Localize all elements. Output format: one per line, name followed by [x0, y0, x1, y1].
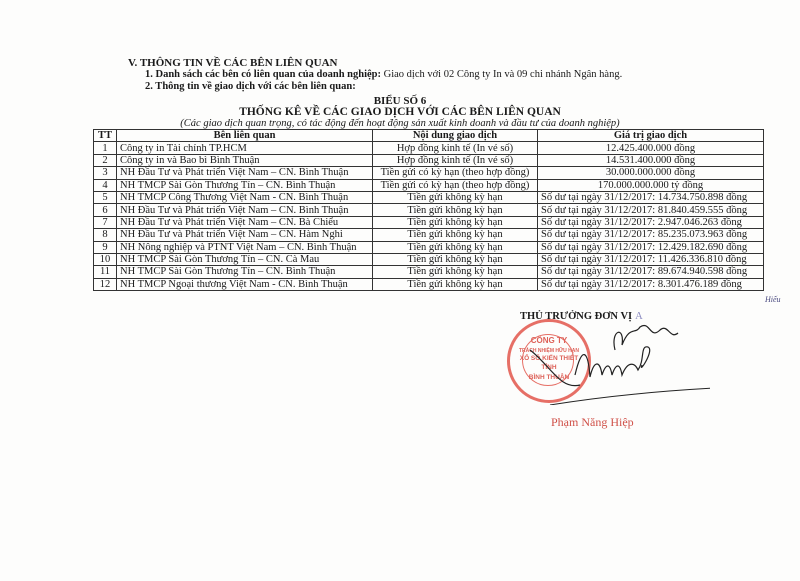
report-subtitle: (Các giao dịch quan trọng, có tác động đ… [0, 118, 800, 129]
related-party-transactions-table: TT Bên liên quan Nội dung giao dịch Giá … [93, 129, 764, 291]
table-header-row: TT Bên liên quan Nội dung giao dịch Giá … [94, 130, 764, 142]
table-row: 2Công ty in và Bao bì Bình ThuậnHợp đồng… [94, 154, 764, 166]
table-row: 8NH Đầu Tư và Phát triển Việt Nam – CN. … [94, 229, 764, 241]
related-party: NH TMCP Ngoại thương Việt Nam - CN. Bình… [117, 278, 373, 290]
row-number: 2 [94, 154, 117, 166]
related-party: NH Nông nghiệp và PTNT Việt Nam – CN. Bì… [117, 241, 373, 253]
transaction-content: Tiền gửi không kỳ hạn [373, 253, 538, 265]
transaction-content: Tiền gửi không kỳ hạn [373, 266, 538, 278]
transaction-value: 170.000.000.000 tỷ đồng [538, 179, 764, 191]
transaction-content: Tiền gửi không kỳ hạn [373, 229, 538, 241]
row-number: 10 [94, 253, 117, 265]
table-row: 1Công ty in Tài chính TP.HCMHợp đồng kin… [94, 142, 764, 154]
related-party: NH Đầu Tư và Phát triển Việt Nam – CN. B… [117, 216, 373, 228]
related-party: NH TMCP Sài Gòn Thương Tín – CN. Bình Th… [117, 266, 373, 278]
table-row: 10NH TMCP Sài Gòn Thương Tín – CN. Cà Ma… [94, 253, 764, 265]
item1-text: Giao dịch với 02 Công ty In và 09 chi nh… [381, 69, 622, 80]
transaction-value: Số dư tại ngày 31/12/2017: 89.674.940.59… [538, 266, 764, 278]
related-party: NH TMCP Sài Gòn Thương Tín – CN. Bình Th… [117, 179, 373, 191]
transaction-value: Số dư tại ngày 31/12/2017: 2.947.046.263… [538, 216, 764, 228]
transaction-value: Số dư tại ngày 31/12/2017: 85.235.073.96… [538, 229, 764, 241]
row-number: 9 [94, 241, 117, 253]
transaction-value: Số dư tại ngày 31/12/2017: 11.426.336.81… [538, 253, 764, 265]
table-row: 3NH Đầu Tư và Phát triển Việt Nam – CN. … [94, 167, 764, 179]
row-number: 8 [94, 229, 117, 241]
signatory-name: Phạm Năng Hiệp [551, 415, 634, 430]
transaction-content: Tiền gửi không kỳ hạn [373, 241, 538, 253]
transaction-content: Hợp đồng kinh tế (In vé số) [373, 154, 538, 166]
row-number: 4 [94, 179, 117, 191]
transaction-content: Hợp đồng kinh tế (In vé số) [373, 142, 538, 154]
initial-mark: Hiếu [765, 295, 781, 304]
related-party: NH TMCP Sài Gòn Thương Tín – CN. Cà Mau [117, 253, 373, 265]
table-row: 12NH TMCP Ngoại thương Việt Nam - CN. Bì… [94, 278, 764, 290]
row-number: 6 [94, 204, 117, 216]
table-row: 5NH TMCP Công Thương Việt Nam - CN. Bình… [94, 191, 764, 203]
transaction-value: 14.531.400.000 đồng [538, 154, 764, 166]
table-row: 4NH TMCP Sài Gòn Thương Tín – CN. Bình T… [94, 179, 764, 191]
related-parties-list: 1. Danh sách các bên có liên quan của do… [145, 69, 622, 80]
row-number: 5 [94, 191, 117, 203]
transaction-value: 30.000.000.000 đồng [538, 167, 764, 179]
related-party: NH TMCP Công Thương Việt Nam - CN. Bình … [117, 191, 373, 203]
transaction-content: Tiền gửi có kỳ hạn (theo hợp đồng) [373, 179, 538, 191]
transaction-content: Tiền gửi không kỳ hạn [373, 204, 538, 216]
header-party: Bên liên quan [117, 130, 373, 142]
transaction-value: Số dư tại ngày 31/12/2017: 81.840.459.55… [538, 204, 764, 216]
header-tt: TT [94, 130, 117, 142]
transaction-value: Số dư tại ngày 31/12/2017: 14.734.750.89… [538, 191, 764, 203]
row-number: 11 [94, 266, 117, 278]
item2-label: 2. Thông tin về giao dịch với các bên li… [145, 81, 356, 92]
table-body: 1Công ty in Tài chính TP.HCMHợp đồng kin… [94, 142, 764, 291]
related-party: NH Đầu Tư và Phát triển Việt Nam – CN. H… [117, 229, 373, 241]
transaction-content: Tiền gửi không kỳ hạn [373, 216, 538, 228]
transaction-content: Tiền gửi có kỳ hạn (theo hợp đồng) [373, 167, 538, 179]
transaction-value: Số dư tại ngày 31/12/2017: 8.301.476.189… [538, 278, 764, 290]
table-row: 9NH Nông nghiệp và PTNT Việt Nam – CN. B… [94, 241, 764, 253]
transaction-value: 12.425.400.000 đồng [538, 142, 764, 154]
row-number: 12 [94, 278, 117, 290]
table-row: 6NH Đầu Tư và Phát triển Việt Nam – CN. … [94, 204, 764, 216]
report-title: THỐNG KÊ VỀ CÁC GIAO DỊCH VỚI CÁC BÊN LI… [0, 106, 800, 118]
transaction-content: Tiền gửi không kỳ hạn [373, 278, 538, 290]
transaction-value: Số dư tại ngày 31/12/2017: 12.429.182.69… [538, 241, 764, 253]
section-heading: V. THÔNG TIN VỀ CÁC BÊN LIÊN QUAN [128, 57, 337, 69]
row-number: 3 [94, 167, 117, 179]
related-party: NH Đầu Tư và Phát triển Việt Nam – CN. B… [117, 167, 373, 179]
handwritten-signature [510, 305, 710, 405]
header-value: Giá trị giao dịch [538, 130, 764, 142]
row-number: 1 [94, 142, 117, 154]
table-row: 7NH Đầu Tư và Phát triển Việt Nam – CN. … [94, 216, 764, 228]
item1-label: 1. Danh sách các bên có liên quan của do… [145, 69, 381, 80]
related-party: NH Đầu Tư và Phát triển Việt Nam – CN. B… [117, 204, 373, 216]
related-party: Công ty in và Bao bì Bình Thuận [117, 154, 373, 166]
table-row: 11NH TMCP Sài Gòn Thương Tín – CN. Bình … [94, 266, 764, 278]
transaction-content: Tiền gửi không kỳ hạn [373, 191, 538, 203]
header-content: Nội dung giao dịch [373, 130, 538, 142]
row-number: 7 [94, 216, 117, 228]
related-party: Công ty in Tài chính TP.HCM [117, 142, 373, 154]
